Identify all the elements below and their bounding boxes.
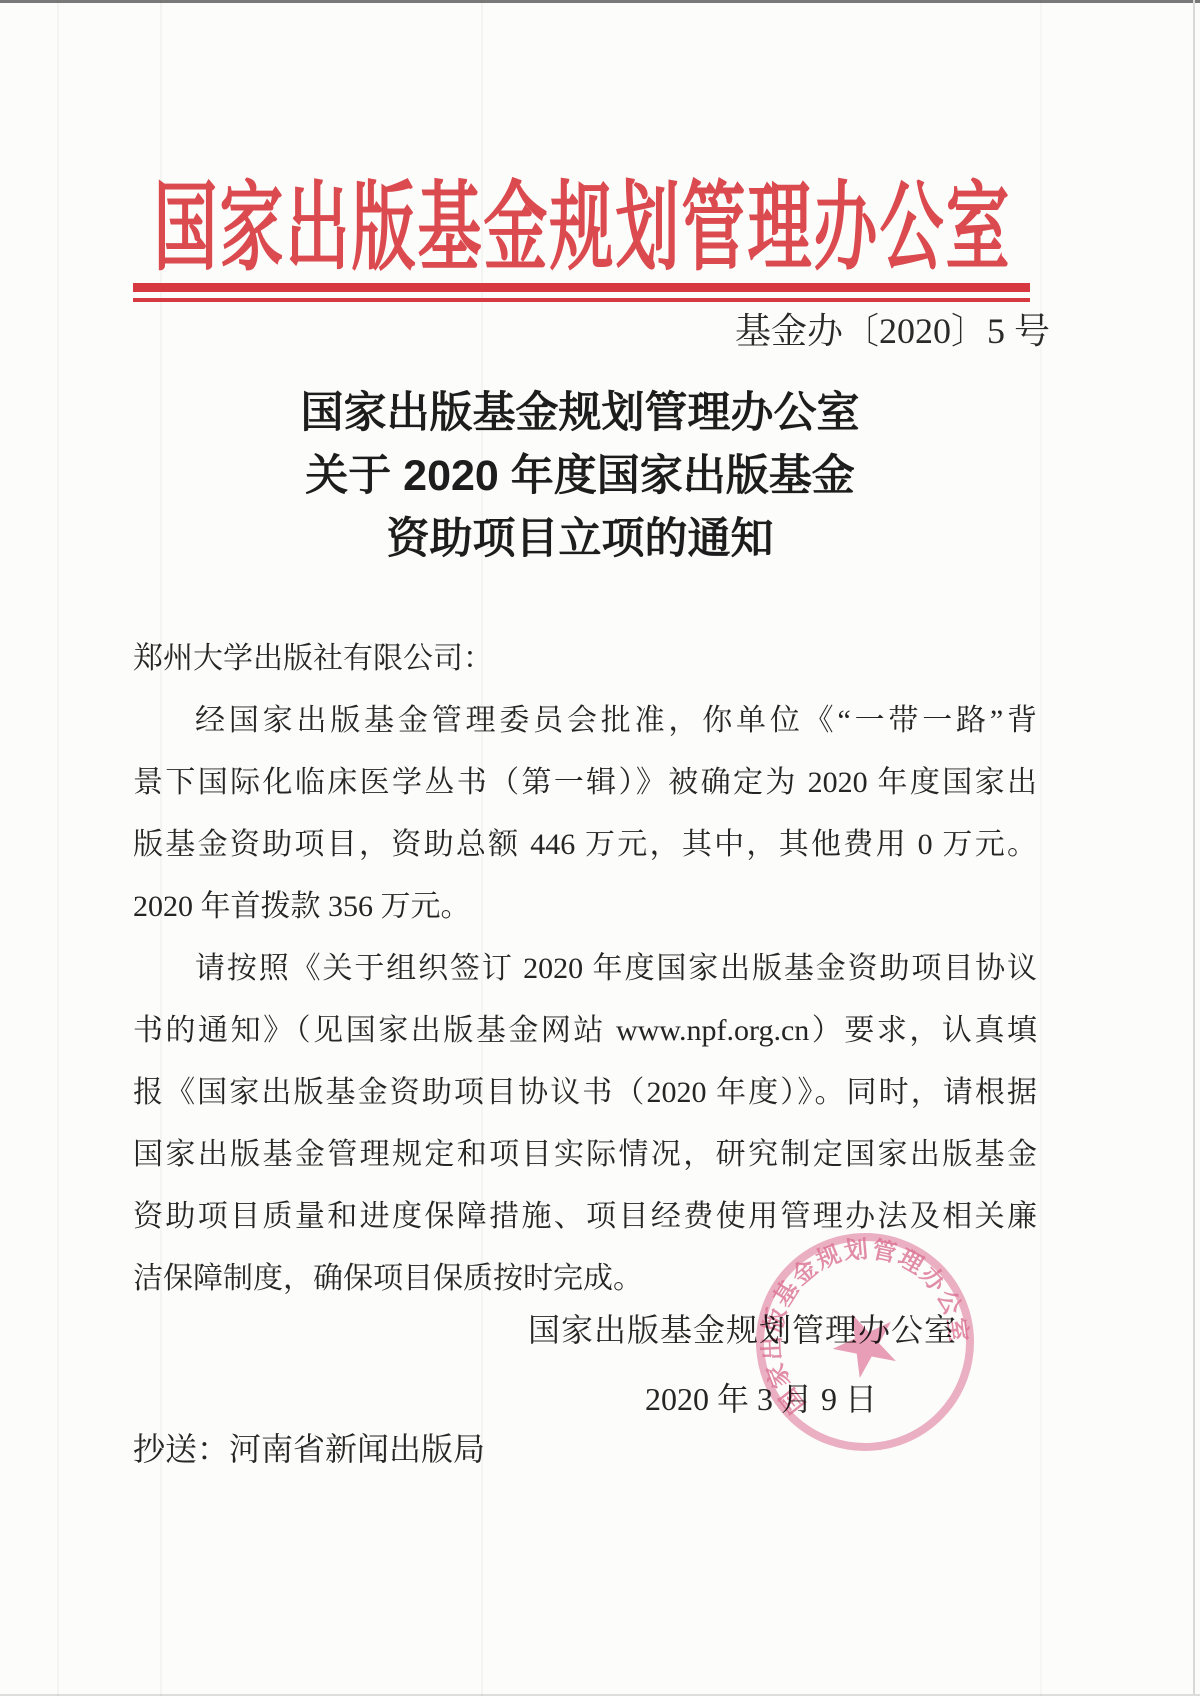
body-line: 国家出版基金管理规定和项目实际情况，研究制定国家出版基金 xyxy=(133,1124,1037,1186)
scan-streak xyxy=(1040,0,1042,1696)
scan-edge-right xyxy=(1193,0,1195,1696)
body-line: 版基金资助项目，资助总额 446 万元，其中，其他费用 0 万元。 xyxy=(133,814,1037,876)
title-line-1: 国家出版基金规划管理办公室 xyxy=(150,382,1010,445)
body-line: 请按照《关于组织签订 2020 年度国家出版基金资助项目协议 xyxy=(133,938,1037,1000)
title-line-2: 关于 2020 年度国家出版基金 xyxy=(150,445,1010,508)
letterhead-separator xyxy=(133,283,1030,302)
document-title: 国家出版基金规划管理办公室 关于 2020 年度国家出版基金 资助项目立项的通知 xyxy=(150,382,1010,571)
document-number: 基金办〔2020〕5 号 xyxy=(550,303,1050,354)
seal-star-icon: ★ xyxy=(811,1283,921,1404)
scanned-official-letter: 国家出版基金规划管理办公室 基金办〔2020〕5 号 国家出版基金规划管理办公室… xyxy=(0,0,1200,1696)
separator-line-thick xyxy=(133,283,1030,292)
cc-line: 抄送：河南省新闻出版局 xyxy=(133,1424,485,1470)
letterhead-org-name: 国家出版基金规划管理办公室 xyxy=(135,150,1030,290)
title-line-3: 资助项目立项的通知 xyxy=(150,508,1010,571)
salutation: 郑州大学出版社有限公司： xyxy=(133,628,1037,690)
separator-line-thin xyxy=(133,298,1030,302)
body-line: 经国家出版基金管理委员会批准，你单位《“一带一路”背 xyxy=(133,690,1037,752)
scan-streak xyxy=(57,0,59,1696)
body-line: 2020 年首拨款 356 万元。 xyxy=(133,876,1037,938)
body-line: 报《国家出版基金资助项目协议书（2020 年度）》。同时，请根据 xyxy=(133,1062,1037,1124)
body-line: 景下国际化临床医学丛书（第一辑）》被确定为 2020 年度国家出 xyxy=(133,752,1037,814)
body-line: 书的通知》（见国家出版基金网站 www.npf.org.cn）要求，认真填 xyxy=(133,1000,1037,1062)
scan-edge-top xyxy=(0,0,1200,3)
